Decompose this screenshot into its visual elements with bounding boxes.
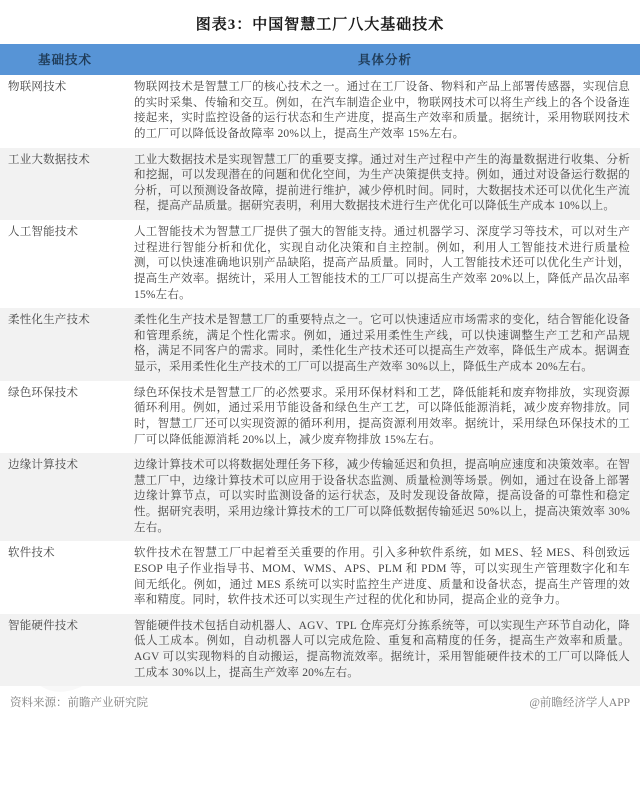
- report-page: C 前瞻产业研究院 C 前瞻产业研究院 前瞻产业研究院 图表3：中国智慧工厂八大…: [0, 0, 640, 801]
- tech-name-cell: 物联网技术: [0, 75, 130, 148]
- tech-name-cell: 边缘计算技术: [0, 453, 130, 541]
- figure-title: 图表3：中国智慧工厂八大基础技术: [0, 0, 640, 44]
- tech-name-cell: 软件技术: [0, 541, 130, 614]
- footer: 资料来源：前瞻产业研究院 @前瞻经济学人APP: [0, 686, 640, 710]
- table-row: 边缘计算技术 边缘计算技术可以将数据处理任务下移，减少传输延迟和负担，提高响应速…: [0, 453, 640, 541]
- tech-name-cell: 人工智能技术: [0, 220, 130, 308]
- tech-detail-cell: 物联网技术是智慧工厂的核心技术之一。通过在工厂设备、物料和产品上部署传感器，实现…: [130, 75, 640, 148]
- credit-note: @前瞻经济学人APP: [529, 694, 630, 710]
- tech-detail-cell: 人工智能技术为智慧工厂提供了强大的智能支持。通过机器学习、深度学习等技术，可以对…: [130, 220, 640, 308]
- column-header-tech: 基础技术: [0, 44, 130, 75]
- table-row: 柔性化生产技术 柔性化生产技术是智慧工厂的重要特点之一。它可以快速适应市场需求的…: [0, 308, 640, 381]
- tech-name-cell: 柔性化生产技术: [0, 308, 130, 381]
- table-row: 工业大数据技术 工业大数据技术是实现智慧工厂的重要支撑。通过对生产过程中产生的海…: [0, 148, 640, 221]
- column-header-detail: 具体分析: [130, 44, 640, 75]
- tech-name-cell: 智能硬件技术: [0, 614, 130, 687]
- tech-detail-cell: 工业大数据技术是实现智慧工厂的重要支撑。通过对生产过程中产生的海量数据进行收集、…: [130, 148, 640, 221]
- table-header-row: 基础技术 具体分析: [0, 44, 640, 75]
- table-row: 绿色环保技术 绿色环保技术是智慧工厂的必然要求。采用环保材料和工艺，降低能耗和废…: [0, 381, 640, 454]
- tech-detail-cell: 软件技术在智慧工厂中起着至关重要的作用。引入多种软件系统，如 MES、轻 MES…: [130, 541, 640, 614]
- table-row: 人工智能技术 人工智能技术为智慧工厂提供了强大的智能支持。通过机器学习、深度学习…: [0, 220, 640, 308]
- tech-detail-cell: 柔性化生产技术是智慧工厂的重要特点之一。它可以快速适应市场需求的变化，结合智能化…: [130, 308, 640, 381]
- tech-detail-cell: 边缘计算技术可以将数据处理任务下移，减少传输延迟和负担，提高响应速度和决策效率。…: [130, 453, 640, 541]
- tech-detail-cell: 智能硬件技术包括自动机器人、AGV、TPL 仓库亮灯分拣系统等，可以实现生产环节…: [130, 614, 640, 687]
- table-row: 软件技术 软件技术在智慧工厂中起着至关重要的作用。引入多种软件系统，如 MES、…: [0, 541, 640, 614]
- tech-detail-cell: 绿色环保技术是智慧工厂的必然要求。采用环保材料和工艺，降低能耗和废弃物排放，实现…: [130, 381, 640, 454]
- tech-name-cell: 工业大数据技术: [0, 148, 130, 221]
- table-row: 智能硬件技术 智能硬件技术包括自动机器人、AGV、TPL 仓库亮灯分拣系统等，可…: [0, 614, 640, 687]
- source-note: 资料来源：前瞻产业研究院: [10, 694, 148, 710]
- tech-table: 基础技术 具体分析 物联网技术 物联网技术是智慧工厂的核心技术之一。通过在工厂设…: [0, 44, 640, 686]
- table-row: 物联网技术 物联网技术是智慧工厂的核心技术之一。通过在工厂设备、物料和产品上部署…: [0, 75, 640, 148]
- tech-name-cell: 绿色环保技术: [0, 381, 130, 454]
